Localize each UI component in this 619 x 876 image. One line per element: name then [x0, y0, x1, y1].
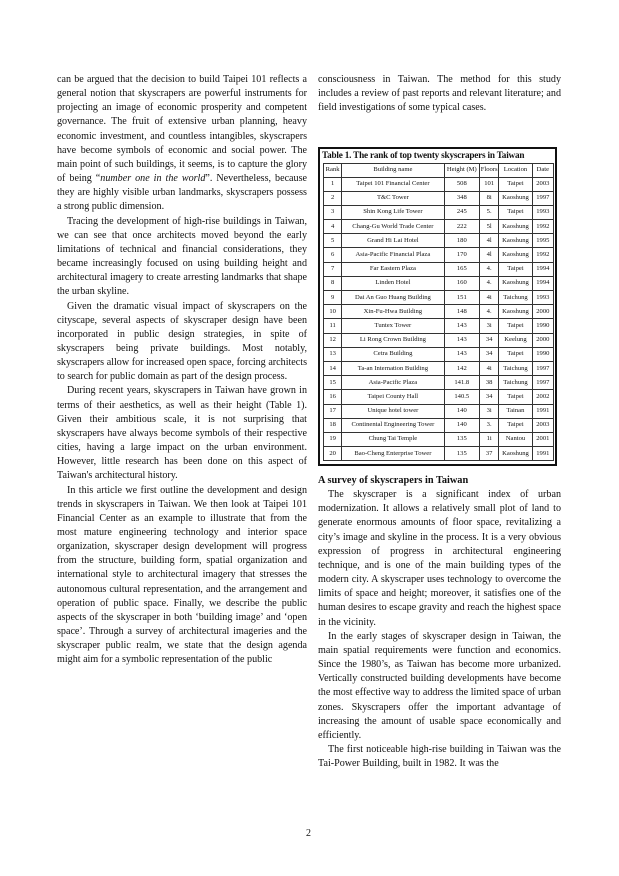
cell-location: Taipei	[499, 390, 532, 404]
cell-rank: 6	[324, 248, 342, 262]
cell-building-name: Asia-Pacific Plaza	[342, 376, 444, 390]
cell-floors: 3i	[480, 404, 499, 418]
cell-building-name: Bao-Cheng Enterprise Tower	[342, 447, 444, 461]
cell-location: Kaoshung	[499, 220, 532, 234]
cell-height: 160	[444, 276, 479, 290]
cell-location: Taichung	[499, 376, 532, 390]
cell-date: 2003	[532, 177, 553, 191]
cell-height: 148	[444, 305, 479, 319]
cell-height: 222	[444, 220, 479, 234]
cell-location: Kaoshung	[499, 305, 532, 319]
cell-location: Taipei	[499, 177, 532, 191]
cell-rank: 14	[324, 361, 342, 375]
cell-location: Tainan	[499, 404, 532, 418]
cell-location: Kaoshung	[499, 447, 532, 461]
cell-floors: 5l	[480, 220, 499, 234]
cell-location: Kaoshung	[499, 191, 532, 205]
table-row: 2T&C Tower3488iKaoshung1997	[324, 191, 554, 205]
cell-rank: 16	[324, 390, 342, 404]
section-paragraph-1: The skyscraper is a significant index of…	[318, 488, 561, 630]
paragraph-1: can be argued that the decision to build…	[57, 73, 307, 215]
cell-building-name: Unique hotel tower	[342, 404, 444, 418]
cell-rank: 15	[324, 376, 342, 390]
cell-floors: 3i	[480, 319, 499, 333]
cell-building-name: Shin Kong Life Tower	[342, 205, 444, 219]
table-title: Table 1. The rank of top twenty skyscrap…	[320, 149, 555, 163]
left-column: can be argued that the decision to build…	[57, 73, 307, 668]
paragraph-5: In this article we first outline the dev…	[57, 484, 307, 668]
cell-building-name: Cetra Building	[342, 347, 444, 361]
cell-date: 1997	[532, 191, 553, 205]
cell-height: 180	[444, 234, 479, 248]
cell-height: 140	[444, 418, 479, 432]
cell-floors: 101	[480, 177, 499, 191]
cell-location: Nantou	[499, 432, 532, 446]
cell-height: 142	[444, 361, 479, 375]
cell-rank: 8	[324, 276, 342, 290]
cell-floors: 4i	[480, 361, 499, 375]
paragraph-3: Given the dramatic visual impact of skys…	[57, 300, 307, 385]
text: can be argued that the decision to build…	[57, 74, 307, 184]
cell-building-name: Li Rong Crown Building	[342, 333, 444, 347]
cell-rank: 7	[324, 262, 342, 276]
table-row: 5Grand Hi Lai Hotel1804lKaoshung1995	[324, 234, 554, 248]
table-row: 17Unique hotel tower1403iTainan1991	[324, 404, 554, 418]
cell-location: Taipei	[499, 262, 532, 276]
header-height: Height (M)	[444, 164, 479, 178]
table-row: 19Chung Tai Temple1351iNantou2001	[324, 432, 554, 446]
cell-height: 135	[444, 447, 479, 461]
skyscraper-table: Table 1. The rank of top twenty skyscrap…	[318, 147, 557, 466]
cell-floors: 4l	[480, 248, 499, 262]
intro-paragraph: consciousness in Taiwan. The method for …	[318, 73, 561, 115]
cell-date: 1992	[532, 248, 553, 262]
table-row: 12Li Rong Crown Building14334Keelung2000	[324, 333, 554, 347]
cell-rank: 20	[324, 447, 342, 461]
cell-rank: 19	[324, 432, 342, 446]
table-row: 15Asia-Pacific Plaza141.838Taichung1997	[324, 376, 554, 390]
table-row: 13Cetra Building14334Taipei1990	[324, 347, 554, 361]
cell-date: 1994	[532, 262, 553, 276]
cell-height: 140.5	[444, 390, 479, 404]
cell-date: 1990	[532, 347, 553, 361]
cell-location: Kaoshung	[499, 248, 532, 262]
cell-rank: 2	[324, 191, 342, 205]
cell-rank: 18	[324, 418, 342, 432]
cell-rank: 3	[324, 205, 342, 219]
table-row: 4Chang-Gu World Trade Center2225lKaoshun…	[324, 220, 554, 234]
cell-height: 165	[444, 262, 479, 276]
right-column-section: A survey of skyscrapers in Taiwan The sk…	[318, 474, 561, 771]
header-floors: Floors	[480, 164, 499, 178]
cell-rank: 4	[324, 220, 342, 234]
cell-height: 140	[444, 404, 479, 418]
cell-building-name: Far Eastern Plaza	[342, 262, 444, 276]
cell-building-name: Linden Hotel	[342, 276, 444, 290]
cell-building-name: Chang-Gu World Trade Center	[342, 220, 444, 234]
section-paragraph-3: The first noticeable high-rise building …	[318, 743, 561, 771]
cell-date: 1997	[532, 361, 553, 375]
paragraph-2: Tracing the development of high-rise bui…	[57, 215, 307, 300]
table-row: 14Ta-an Internation Building1424iTaichun…	[324, 361, 554, 375]
cell-date: 1990	[532, 319, 553, 333]
cell-floors: 4.	[480, 276, 499, 290]
cell-location: Taichung	[499, 291, 532, 305]
table-row: 8Linden Hotel1604.Kaoshung1994	[324, 276, 554, 290]
cell-date: 2002	[532, 390, 553, 404]
cell-date: 1992	[532, 220, 553, 234]
cell-height: 143	[444, 333, 479, 347]
cell-floors: 5.	[480, 205, 499, 219]
cell-date: 1994	[532, 276, 553, 290]
header-location: Location	[499, 164, 532, 178]
cell-location: Taipei	[499, 347, 532, 361]
cell-floors: 4i	[480, 291, 499, 305]
cell-rank: 10	[324, 305, 342, 319]
cell-height: 508	[444, 177, 479, 191]
table-row: 7Far Eastern Plaza1654.Taipei1994	[324, 262, 554, 276]
rank-table: Rank Building name Height (M) Floors Loc…	[323, 163, 554, 461]
header-rank: Rank	[324, 164, 342, 178]
cell-rank: 1	[324, 177, 342, 191]
cell-height: 151	[444, 291, 479, 305]
header-date: Date	[532, 164, 553, 178]
cell-floors: 1i	[480, 432, 499, 446]
table-row: 3Shin Kong Life Tower2455.Taipei1993	[324, 205, 554, 219]
section-paragraph-2: In the early stages of skyscraper design…	[318, 630, 561, 743]
cell-date: 1991	[532, 447, 553, 461]
cell-building-name: Tuntex Tower	[342, 319, 444, 333]
paragraph-4: During recent years, skyscrapers in Taiw…	[57, 384, 307, 483]
table-row: 9Dai An Guo Huang Building1514iTaichung1…	[324, 291, 554, 305]
cell-floors: 8i	[480, 191, 499, 205]
table-row: 18Continental Engineering Tower1403.Taip…	[324, 418, 554, 432]
cell-building-name: Continental Engineering Tower	[342, 418, 444, 432]
page-number: 2	[306, 828, 311, 839]
cell-height: 170	[444, 248, 479, 262]
cell-height: 143	[444, 319, 479, 333]
table-row: 16Taipei County Hall140.534Taipei2002	[324, 390, 554, 404]
table-header-row: Rank Building name Height (M) Floors Loc…	[324, 164, 554, 178]
cell-floors: 4l	[480, 234, 499, 248]
cell-date: 2000	[532, 305, 553, 319]
section-heading: A survey of skyscrapers in Taiwan	[318, 474, 561, 488]
cell-floors: 34	[480, 333, 499, 347]
table-row: 1Taipei 101 Financial Center508101Taipei…	[324, 177, 554, 191]
cell-location: Kaoshung	[499, 276, 532, 290]
cell-date: 1993	[532, 291, 553, 305]
table-row: 6Asia-Pacific Financial Plaza1704lKaoshu…	[324, 248, 554, 262]
emphasis-text: number one in the world	[100, 173, 205, 184]
cell-date: 2001	[532, 432, 553, 446]
cell-location: Taipei	[499, 205, 532, 219]
cell-height: 135	[444, 432, 479, 446]
cell-location: Taipei	[499, 418, 532, 432]
cell-location: Keelung	[499, 333, 532, 347]
cell-location: Taipei	[499, 319, 532, 333]
cell-height: 245	[444, 205, 479, 219]
cell-date: 1993	[532, 205, 553, 219]
cell-building-name: Taipei County Hall	[342, 390, 444, 404]
table-body: 1Taipei 101 Financial Center508101Taipei…	[324, 177, 554, 461]
cell-height: 141.8	[444, 376, 479, 390]
cell-rank: 13	[324, 347, 342, 361]
cell-rank: 11	[324, 319, 342, 333]
cell-date: 2003	[532, 418, 553, 432]
right-column-intro: consciousness in Taiwan. The method for …	[318, 73, 561, 115]
cell-date: 1991	[532, 404, 553, 418]
cell-building-name: Ta-an Internation Building	[342, 361, 444, 375]
cell-building-name: Xin-Fu-Hwa Building	[342, 305, 444, 319]
cell-date: 1997	[532, 376, 553, 390]
cell-floors: 34	[480, 347, 499, 361]
cell-date: 2000	[532, 333, 553, 347]
cell-floors: 3.	[480, 418, 499, 432]
cell-height: 348	[444, 191, 479, 205]
cell-height: 143	[444, 347, 479, 361]
cell-location: Kaoshung	[499, 234, 532, 248]
cell-building-name: Taipei 101 Financial Center	[342, 177, 444, 191]
cell-building-name: T&C Tower	[342, 191, 444, 205]
cell-building-name: Grand Hi Lai Hotel	[342, 234, 444, 248]
cell-building-name: Dai An Guo Huang Building	[342, 291, 444, 305]
cell-floors: 34	[480, 390, 499, 404]
header-building-name: Building name	[342, 164, 444, 178]
table-row: 11Tuntex Tower1433iTaipei1990	[324, 319, 554, 333]
cell-floors: 4.	[480, 305, 499, 319]
cell-rank: 5	[324, 234, 342, 248]
cell-date: 1995	[532, 234, 553, 248]
cell-rank: 17	[324, 404, 342, 418]
cell-building-name: Chung Tai Temple	[342, 432, 444, 446]
table-row: 20Bao-Cheng Enterprise Tower13537Kaoshun…	[324, 447, 554, 461]
table-row: 10Xin-Fu-Hwa Building1484.Kaoshung2000	[324, 305, 554, 319]
cell-floors: 38	[480, 376, 499, 390]
cell-rank: 9	[324, 291, 342, 305]
cell-rank: 12	[324, 333, 342, 347]
cell-building-name: Asia-Pacific Financial Plaza	[342, 248, 444, 262]
cell-floors: 37	[480, 447, 499, 461]
cell-floors: 4.	[480, 262, 499, 276]
cell-location: Taichung	[499, 361, 532, 375]
